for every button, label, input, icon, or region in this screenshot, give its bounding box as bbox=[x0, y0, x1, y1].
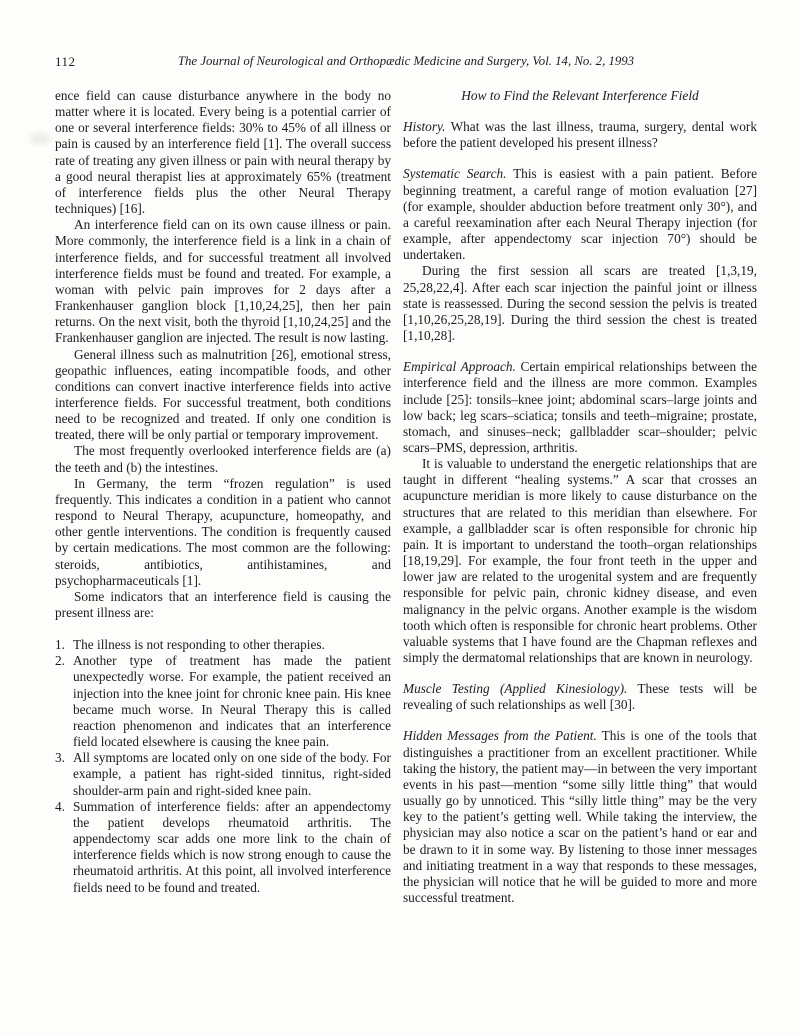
list-item: 4. Summation of interference fields: aft… bbox=[55, 799, 391, 896]
page-header: 112 The Journal of Neurological and Orth… bbox=[55, 54, 757, 72]
indicator-list: 1. The illness is not responding to othe… bbox=[55, 637, 391, 896]
list-number: 4. bbox=[55, 799, 73, 896]
paragraph: An interference field can on its own cau… bbox=[55, 217, 391, 346]
section-lead: Empirical Approach. bbox=[403, 359, 516, 374]
section-lead: Systematic Search. bbox=[403, 166, 506, 181]
page-number: 112 bbox=[55, 54, 76, 70]
list-item: 2. Another type of treatment has made th… bbox=[55, 653, 391, 750]
journal-page: 112 The Journal of Neurological and Orth… bbox=[0, 0, 800, 1035]
scan-artifact bbox=[30, 133, 50, 145]
paragraph: The most frequently overlooked interfere… bbox=[55, 443, 391, 475]
section-continuation: It is valuable to understand the energet… bbox=[403, 456, 757, 666]
section-paragraph: Muscle Testing (Applied Kinesiology). Th… bbox=[403, 681, 757, 713]
section-continuation: During the first session all scars are t… bbox=[403, 263, 757, 344]
paragraph: ence field can cause disturbance anywher… bbox=[55, 88, 391, 217]
list-item: 1. The illness is not responding to othe… bbox=[55, 637, 391, 653]
left-column: ence field can cause disturbance anywher… bbox=[55, 88, 391, 896]
section-paragraph: Empirical Approach. Certain empirical re… bbox=[403, 359, 757, 456]
list-number: 2. bbox=[55, 653, 73, 750]
section-lead: Hidden Messages from the Patient. bbox=[403, 728, 597, 743]
list-item-text: All symptoms are located only on one sid… bbox=[73, 750, 391, 798]
list-number: 3. bbox=[55, 750, 73, 798]
paragraph: In Germany, the term “frozen regulation”… bbox=[55, 476, 391, 589]
section-lead: Muscle Testing (Applied Kinesiology). bbox=[403, 681, 627, 696]
section-lead: History. bbox=[403, 119, 445, 134]
section-paragraph: History. What was the last illness, trau… bbox=[403, 119, 757, 151]
journal-title: The Journal of Neurological and Orthopæd… bbox=[55, 54, 757, 69]
section-text: What was the last illness, trauma, surge… bbox=[403, 119, 757, 150]
paragraph: General illness such as malnutrition [26… bbox=[55, 347, 391, 444]
list-number: 1. bbox=[55, 637, 73, 653]
list-item-text: Summation of interference fields: after … bbox=[73, 799, 391, 896]
section-text: This is one of the tools that distinguis… bbox=[403, 728, 757, 905]
section-paragraph: Systematic Search. This is easiest with … bbox=[403, 166, 757, 263]
section-heading: How to Find the Relevant Interference Fi… bbox=[403, 88, 757, 104]
section-paragraph: Hidden Messages from the Patient. This i… bbox=[403, 728, 757, 906]
list-item: 3. All symptoms are located only on one … bbox=[55, 750, 391, 798]
right-column: How to Find the Relevant Interference Fi… bbox=[403, 88, 757, 906]
list-item-text: Another type of treatment has made the p… bbox=[73, 653, 391, 750]
list-item-text: The illness is not responding to other t… bbox=[73, 637, 391, 653]
paragraph: Some indicators that an interference fie… bbox=[55, 589, 391, 621]
